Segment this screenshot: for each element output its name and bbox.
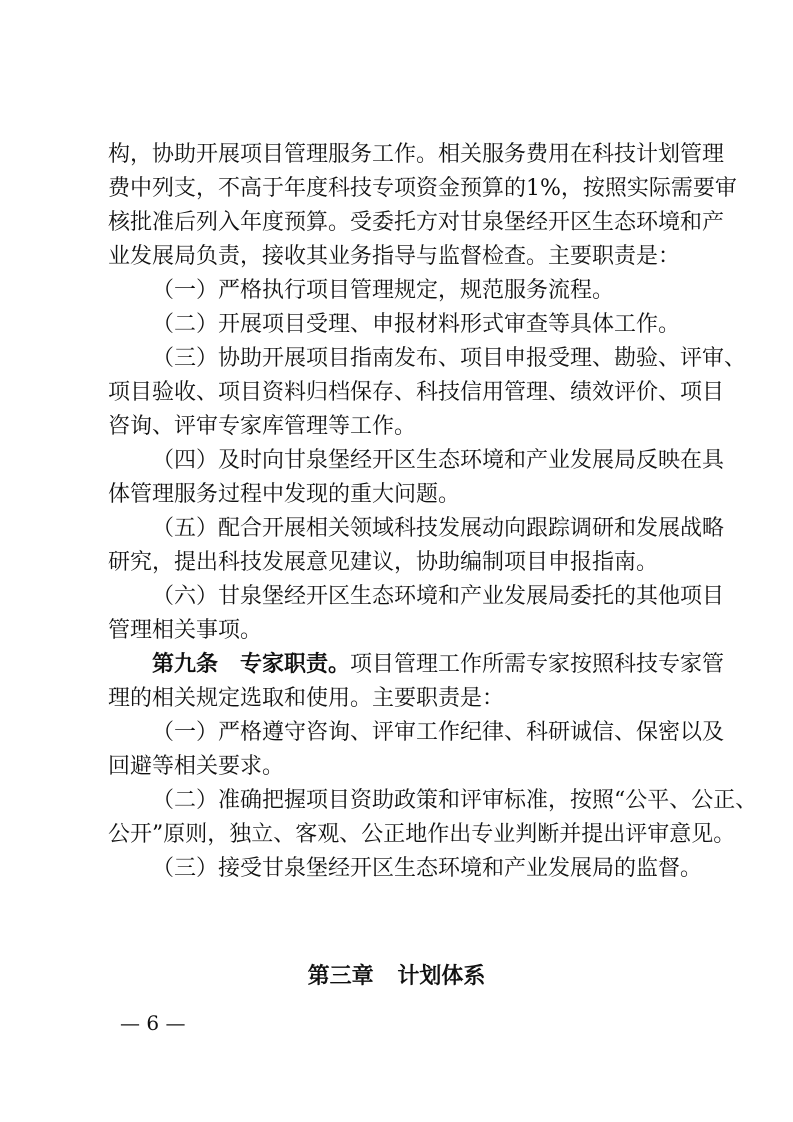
text-line: 体管理服务过程中发现的重大问题。 (108, 478, 693, 512)
text-line: （三）接受甘泉堡经开区生态环境和产业发展局的监督。 (108, 852, 693, 886)
article-9-text: 项目管理工作所需专家按照科技专家管 (350, 652, 724, 677)
text-line: 构，协助开展项目管理服务工作。相关服务费用在科技计划管理 (108, 138, 693, 172)
document-page: 构，协助开展项目管理服务工作。相关服务费用在科技计划管理费中列支，不高于年度科技… (0, 0, 793, 1122)
text-line: 管理相关事项。 (108, 614, 693, 648)
text-line: （一）严格遵守咨询、评审工作纪律、科研诚信、保密以及 (108, 716, 693, 750)
page-number: — 6 — (120, 1008, 185, 1038)
article-9-first-line: 第九条 专家职责。项目管理工作所需专家按照科技专家管 (108, 648, 693, 682)
text-line: 研究，提出科技发展意见建议，协助编制项目申报指南。 (108, 546, 693, 580)
text-line: 费中列支，不高于年度科技专项资金预算的1%，按照实际需要审 (108, 172, 693, 206)
text-line: （四）及时向甘泉堡经开区生态环境和产业发展局反映在具 (108, 444, 693, 478)
text-line: （二）准确把握项目资助政策和评审标准，按照“公平、公正、 (108, 784, 693, 818)
text-line: 理的相关规定选取和使用。主要职责是： (108, 682, 693, 716)
text-line: （三）协助开展项目指南发布、项目申报受理、勘验、评审、 (108, 342, 693, 376)
text-line: （二）开展项目受理、申报材料形式审查等具体工作。 (108, 308, 693, 342)
text-line: 公开”原则，独立、客观、公正地作出专业判断并提出评审意见。 (108, 818, 693, 852)
text-line: （五）配合开展相关领域科技发展动向跟踪调研和发展战略 (108, 512, 693, 546)
text-line: 业发展局负责，接收其业务指导与监督检查。主要职责是： (108, 240, 693, 274)
article-9-heading: 第九条 专家职责。 (152, 652, 350, 677)
chapter-title: 计划体系 (397, 964, 485, 989)
chapter-heading: 第三章 计划体系 (0, 960, 793, 994)
text-line: 项目验收、项目资料归档保存、科技信用管理、绩效评价、项目 (108, 376, 693, 410)
text-line: （六）甘泉堡经开区生态环境和产业发展局委托的其他项目 (108, 580, 693, 614)
text-line: 核批准后列入年度预算。受委托方对甘泉堡经开区生态环境和产 (108, 206, 693, 240)
chapter-number: 第三章 (308, 964, 374, 989)
text-line: （一）严格执行项目管理规定，规范服务流程。 (108, 274, 693, 308)
text-line: 回避等相关要求。 (108, 750, 693, 784)
text-line: 咨询、评审专家库管理等工作。 (108, 410, 693, 444)
